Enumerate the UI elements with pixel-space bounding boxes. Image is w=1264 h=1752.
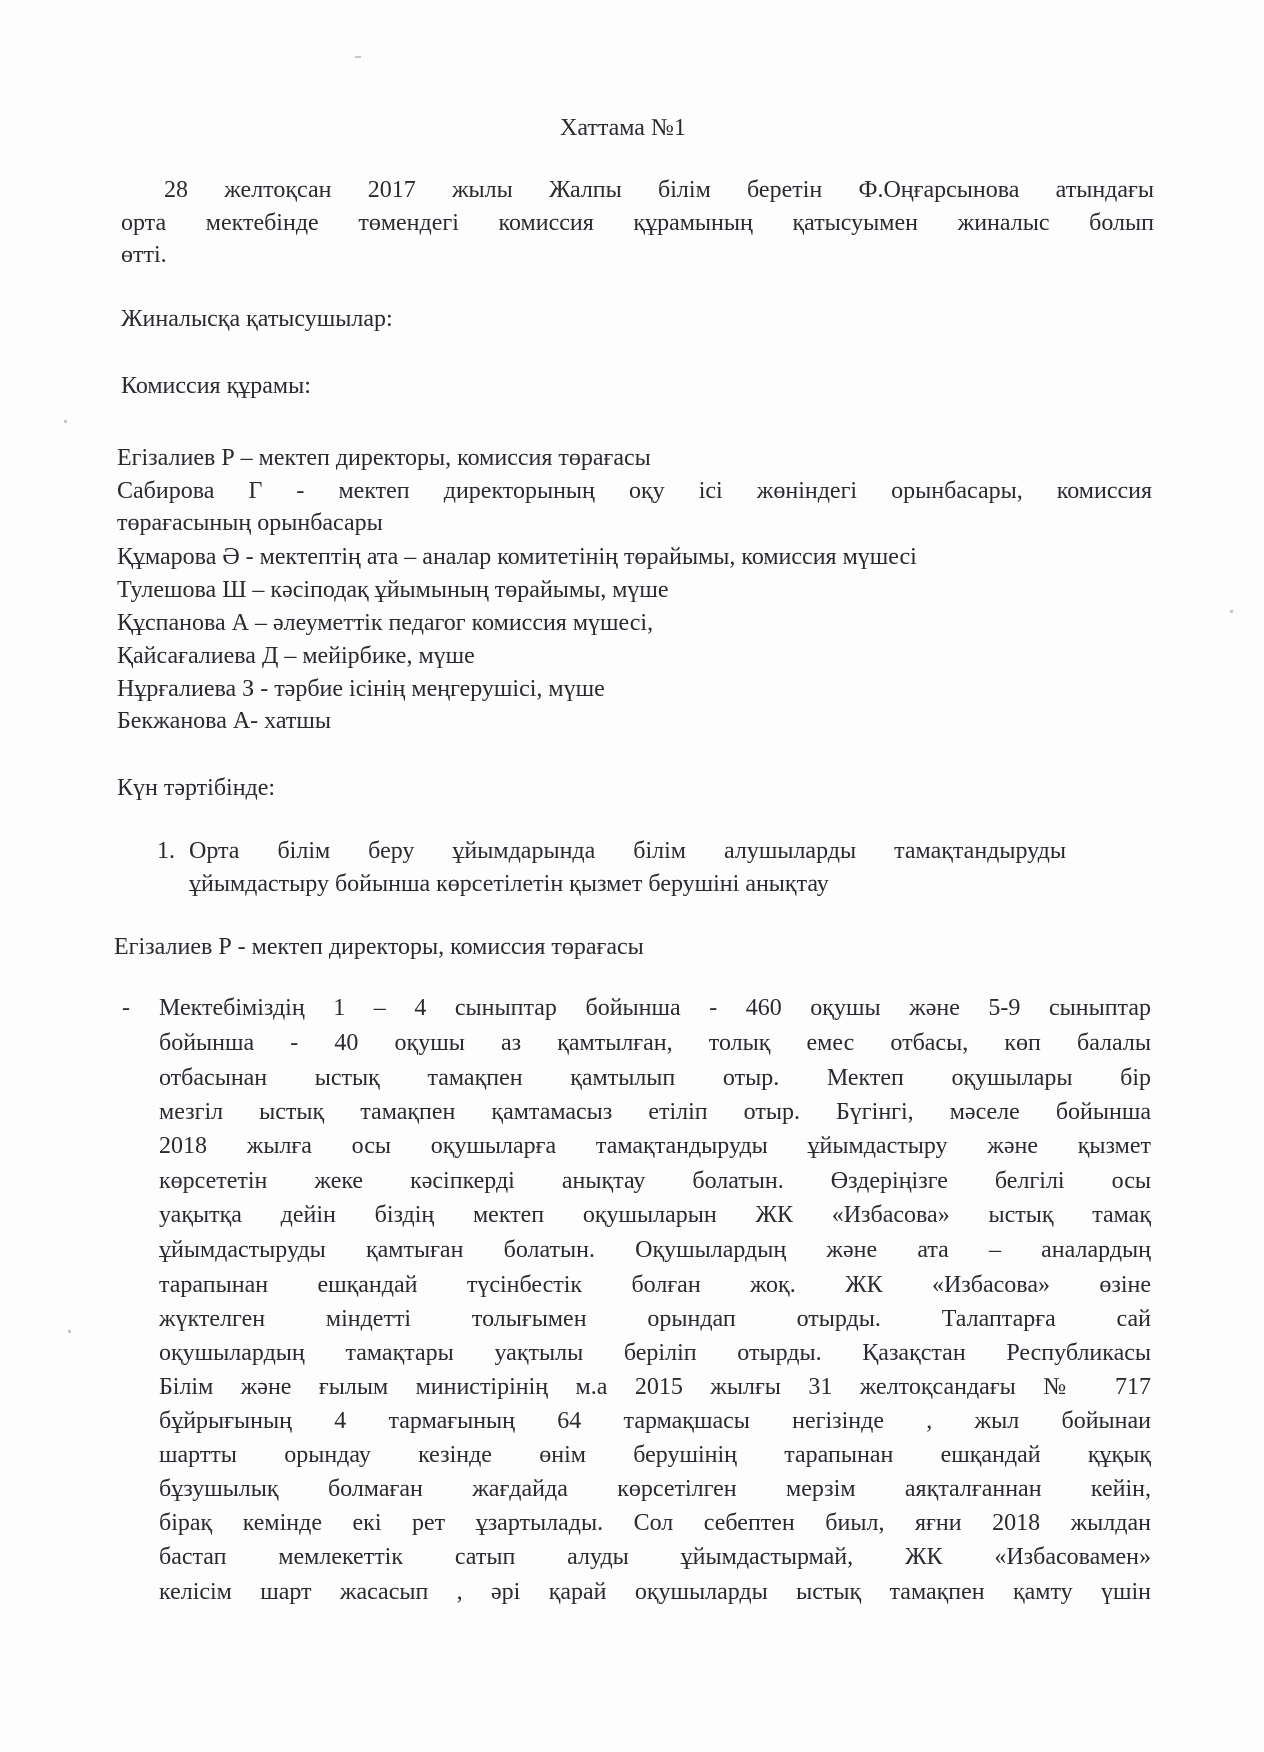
speech-line: келісім шарт жасасып , әрі қарай оқушыла…: [159, 1577, 1151, 1607]
speech-line: жүктелген міндетті толығымен орындап оты…: [159, 1304, 1151, 1334]
scan-speck: [355, 56, 361, 58]
intro-line: орта мектебінде төмендегі комиссия құрам…: [121, 208, 1154, 238]
intro-line: 28 желтоқсан 2017 жылы Жалпы білім берет…: [164, 175, 1154, 205]
member-item: Егізалиев Р – мектеп директоры, комиссия…: [117, 443, 651, 473]
speech-line: отбасынан ыстық тамақпен қамтылып отыр. …: [159, 1063, 1151, 1093]
member-item: Құспанова А – әлеуметтік педагог комисси…: [117, 608, 653, 638]
agenda-heading: Күн тәртібінде:: [117, 773, 275, 803]
speech-line: шартты орындау кезінде өнім берушінің та…: [159, 1440, 1151, 1470]
speech-line: Білім және ғылым министірінің м.а 2015 ж…: [159, 1372, 1151, 1402]
scan-speck: [1230, 610, 1233, 613]
speech-line: бастап мемлекеттік сатып алуды ұйымдасты…: [159, 1542, 1151, 1572]
scan-speck: [68, 1330, 71, 1333]
speech-line: көрсететін жеке кәсіпкерді анықтау болат…: [159, 1166, 1151, 1196]
document-title: Хаттама №1: [560, 113, 686, 143]
member-item-continuation: төрағасының орынбасары: [117, 508, 383, 538]
scan-speck: [64, 420, 67, 423]
speech-line: мезгіл ыстық тамақпен қамтамасыз етіліп …: [159, 1097, 1151, 1127]
speech-line: бойынша - 40 оқушы аз қамтылған, толық е…: [159, 1028, 1151, 1058]
member-item: Тулешова Ш – кәсіподақ ұйымының төрайымы…: [117, 575, 669, 605]
participants-heading: Жиналысқа қатысушылар:: [121, 304, 393, 334]
agenda-item-line: ұйымдастыру бойынша көрсетілетін қызмет …: [189, 869, 829, 899]
speech-bullet: -: [122, 993, 130, 1023]
member-item: Қайсағалиева Д – мейірбике, мүше: [117, 641, 475, 671]
agenda-item-line: Орта білім беру ұйымдарында білім алушыл…: [189, 836, 1066, 866]
speech-line: ұйымдастыруды қамтыған болатын. Оқушылар…: [159, 1235, 1151, 1265]
speech-line: бұзушылық болмаған жағдайда көрсетілген …: [159, 1474, 1151, 1504]
speech-line: оқушылардың тамақтары уақтылы беріліп от…: [159, 1338, 1151, 1368]
commission-heading: Комиссия құрамы:: [121, 371, 311, 401]
speech-line: бұйрығының 4 тармағының 64 тармақшасы не…: [159, 1406, 1151, 1436]
member-item: Бекжанова А- хатшы: [117, 706, 331, 736]
intro-line: өтті.: [121, 240, 167, 270]
speech-line: бірақ кемінде екі рет ұзартылады. Сол се…: [159, 1508, 1151, 1538]
member-item: Құмарова Ә - мектептің ата – аналар коми…: [117, 542, 917, 572]
speech-line: 2018 жылға осы оқушыларға тамақтандыруды…: [159, 1131, 1151, 1161]
speaker-line: Егізалиев Р - мектеп директоры, комиссия…: [114, 932, 644, 962]
speech-line: тарапынан ешқандай түсінбестік болған жо…: [159, 1270, 1151, 1300]
agenda-item-number: 1.: [157, 836, 175, 866]
scanned-document-page: Хаттама №1 28 желтоқсан 2017 жылы Жалпы …: [0, 0, 1264, 1752]
member-item: Сабирова Г - мектеп директорының оқу ісі…: [117, 476, 1152, 506]
speech-line: уақытқа дейін біздің мектеп оқушыларын Ж…: [159, 1200, 1151, 1230]
speech-line: Мектебіміздің 1 – 4 сыныптар бойынша - 4…: [159, 993, 1151, 1023]
member-item: Нұрғалиева З - тәрбие ісінің меңгерушісі…: [117, 674, 605, 704]
